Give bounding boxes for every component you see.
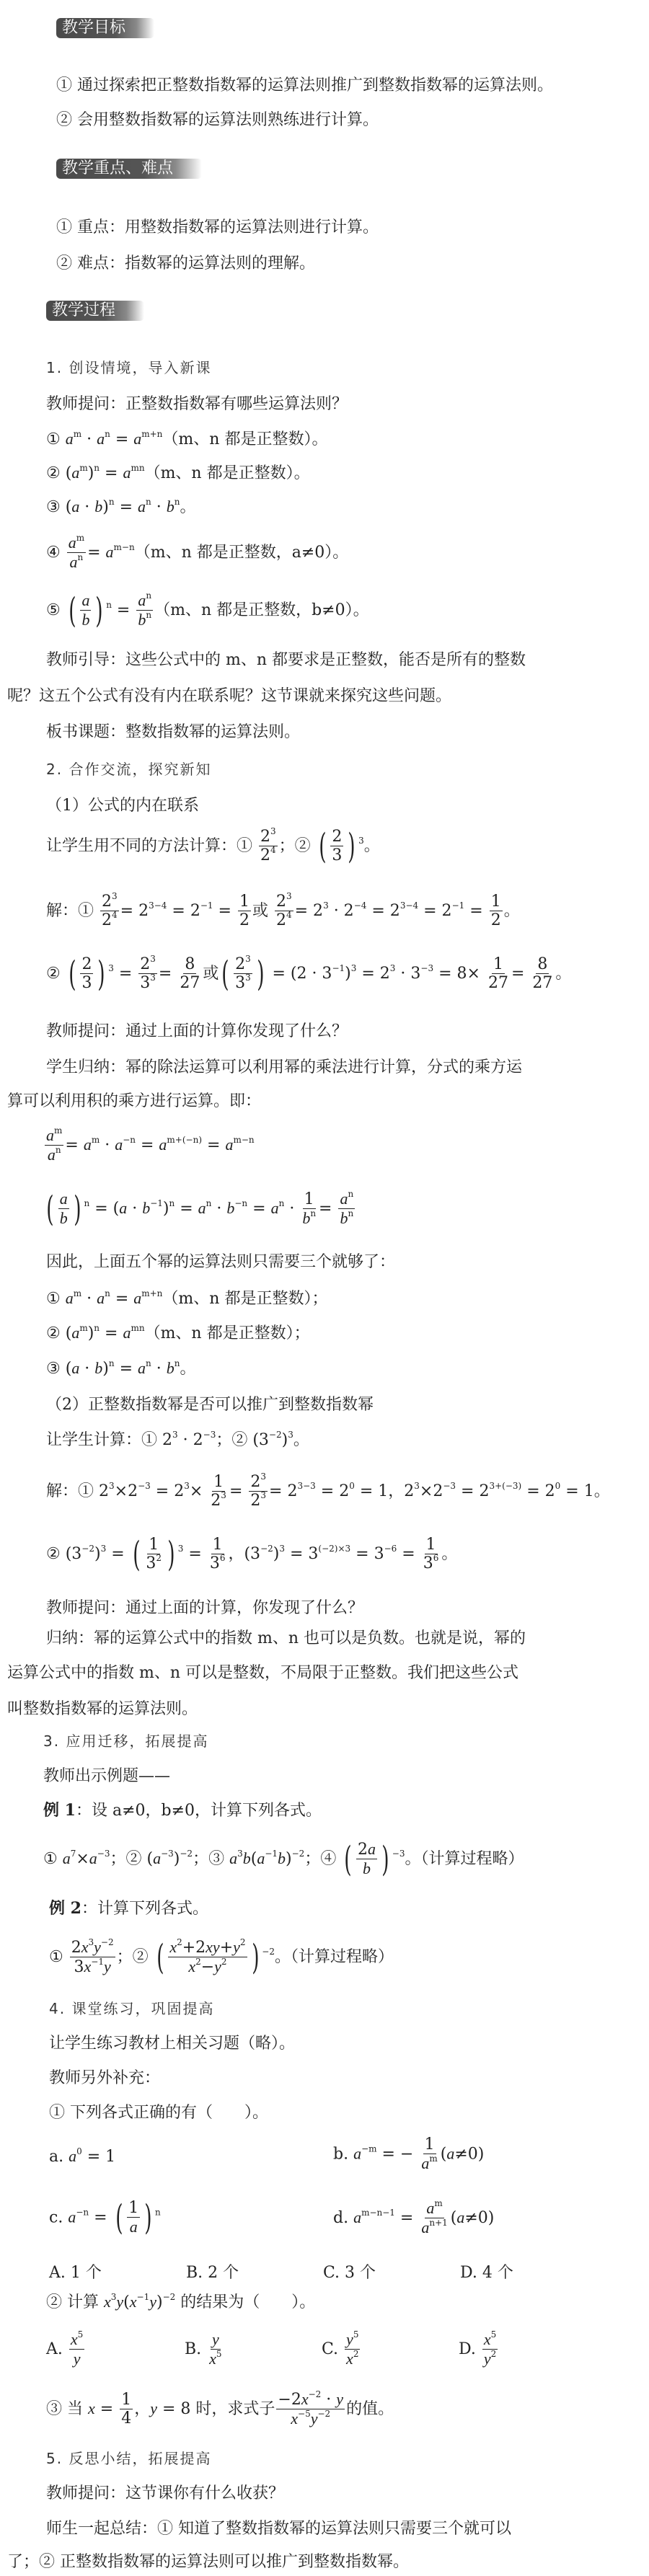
- question-1: ① 下列各式正确的有（ ）。: [49, 2105, 268, 2121]
- rule-3: ③ (a · b)n = an · bn。: [46, 499, 196, 515]
- student-summary-cont: 算可以利用积的乘方进行运算。即：: [7, 1094, 261, 1110]
- section-badge-process: 教学过程: [46, 301, 144, 321]
- teacher-guide-cont: 呢？这五个公式有没有内在联系呢？这节课就来探究这些问题。: [7, 689, 451, 704]
- choice-b: B. 2 个: [186, 2260, 239, 2283]
- therefore-line: 因此，上面五个幂的运算法则只需要三个就够了：: [46, 1254, 395, 1270]
- answer-a: A. x5y: [46, 2330, 86, 2369]
- board-title: 板书课题：整数指数幂的运算法则。: [46, 725, 300, 740]
- induction-cont: 叫整数指数幂的运算法则。: [7, 1701, 198, 1717]
- answer-b: B. yx5: [185, 2330, 225, 2369]
- objective-item: ① 通过探索把正整数指数幂的运算法则推广到整数指数幂的运算法则。: [56, 78, 553, 94]
- choice-d: D. 4 个: [460, 2260, 513, 2283]
- choice-a: A. 1 个: [49, 2260, 102, 2283]
- example-2: 例 2：计算下列各式。: [49, 1900, 208, 1917]
- solution-2: ② (23)3 = 2333= 827或(2333) = (2 · 3−1)3 …: [46, 955, 571, 993]
- step1-heading: 1. 创设情境，导入新课: [46, 360, 211, 375]
- task-line: 让学生用不同的方法计算：① 2324；② (23)3。: [46, 828, 380, 865]
- option-a: a. a0 = 1: [49, 2147, 115, 2166]
- core-rule-1: ① am · an = am+n（m、n 都是正整数）；: [46, 1291, 327, 1307]
- sub-heading-1: （1）公式的内在联系: [46, 798, 199, 814]
- key-point-item: ② 难点：指数幂的运算法则的理解。: [56, 256, 315, 272]
- teacher-question-2: 教师提问：通过上面的计算你发现了什么？: [46, 1024, 348, 1040]
- derivation-1: aman= am · a−n = am+(−n) = am−n: [43, 1126, 255, 1165]
- example-2-items: ① 2x3y−23x−1y；② (x2+2xy+y2x2−y2)−2。（计算过程…: [49, 1938, 394, 1977]
- core-rule-2: ② (am)n = amn（m、n 都是正整数）；: [46, 1325, 310, 1342]
- examples-intro: 教师出示例题——: [43, 1769, 170, 1784]
- step3-heading: 3. 应用迁移，拓展提高: [43, 1734, 208, 1748]
- teacher-guide: 教师引导：这些公式中的 m、n 都要求是正整数，能否是所有的整数: [46, 652, 526, 668]
- induction-cont: 运算公式中的指数 m、n 可以是整数，不局限于正整数。我们把这些公式: [7, 1665, 518, 1681]
- rule-5: ⑤ (ab)n = anbn（m、n 都是正整数，b≠0）。: [46, 591, 369, 630]
- choice-c: C. 3 个: [323, 2260, 376, 2283]
- key-point-item: ① 重点：用整数指数幂的运算法则进行计算。: [56, 220, 379, 236]
- sub-heading-2: （2）正整数指数幂是否可以推广到整数指数幂: [46, 1397, 374, 1413]
- option-d: d. am−n−1 = aman+1(a≠0): [333, 2199, 494, 2238]
- section-badge-objectives: 教学目标: [56, 18, 154, 38]
- solution-1: 解：① 2324= 23−4 = 2−1 = 12或 2324= 23 · 2−…: [46, 893, 520, 930]
- option-c: c. a−n = (1a)n: [49, 2199, 161, 2237]
- step4-heading: 4. 课堂练习，巩固提高: [49, 2001, 214, 2016]
- objective-item: ② 会用整数指数幂的运算法则熟练进行计算。: [56, 112, 379, 128]
- rule-2: ② (am)n = amn（m、n 都是正整数）。: [46, 465, 310, 482]
- answer-d: D. x5y2: [459, 2330, 499, 2369]
- rule-1: ① am · an = am+n（m、n 都是正整数）。: [46, 431, 327, 448]
- question-2: ② 计算 x3y(x−1y)−2 的结果为（ ）。: [46, 2294, 315, 2311]
- supplement-line: 教师另外补充：: [49, 2071, 160, 2086]
- final-summary-cont: 了；② 正整数指数幂的运算法则可以推广到整数指数幂。: [7, 2554, 409, 2570]
- answer-c: C. y5x2: [322, 2330, 361, 2369]
- section-badge-key-points: 教学重点、难点: [56, 159, 202, 179]
- solution-4: ② (3−2)3 = (132)3 = 136，(3−2)3 = 3(−2)×3…: [46, 1536, 457, 1573]
- teacher-question-3: 教师提问：通过上面的计算，你发现了什么？: [46, 1601, 363, 1616]
- core-rule-3: ③ (a · b)n = an · bn。: [46, 1360, 196, 1377]
- step2-heading: 2. 合作交流，探究新知: [46, 762, 211, 776]
- rule-4: ④ aman= am−n（m、n 都是正整数，a≠0）。: [46, 534, 348, 572]
- induction: 归纳：幂的运算公式中的指数 m、n 也可以是负数。也就是说，幂的: [46, 1631, 526, 1647]
- step5-heading: 5. 反思小结，拓展提高: [46, 2451, 211, 2466]
- solution-3: 解：① 23×2−3 = 23× 123= 2323= 23−3 = 20 = …: [46, 1473, 610, 1510]
- question-3: ③ 当 x = 14，y = 8 时，求式子−2x−2 · yx−5y−2的值。: [46, 2390, 394, 2429]
- option-b: b. a−m = − 1am(a≠0): [333, 2135, 484, 2174]
- example-1: 例 1：设 a≠0，b≠0，计算下列各式。: [43, 1802, 322, 1819]
- student-summary: 学生归纳：幂的除法运算可以利用幂的乘法进行计算，分式的乘方运: [46, 1060, 522, 1076]
- practice-line: 让学生练习教材上相关习题（略）。: [49, 2036, 295, 2052]
- derivation-2: (ab)n = (a · b−1)n = an · b−n = an · 1bn…: [43, 1190, 356, 1229]
- step1-question: 教师提问：正整数指数幂有哪些运算法则？: [46, 397, 348, 412]
- task-line-2: 让学生计算：① 23 · 2−3；② (3−2)3。: [46, 1433, 309, 1448]
- final-summary: 师生一起总结：① 知道了整数指数幂的运算法则只需要三个就可以: [46, 2521, 511, 2537]
- example-1-items: ① a7×a−3；② (a−3)−2；③ a3b(a−1b)−2；④ (2ab)…: [43, 1840, 524, 1879]
- final-question: 教师提问：这节课你有什么收获？: [46, 2486, 284, 2502]
